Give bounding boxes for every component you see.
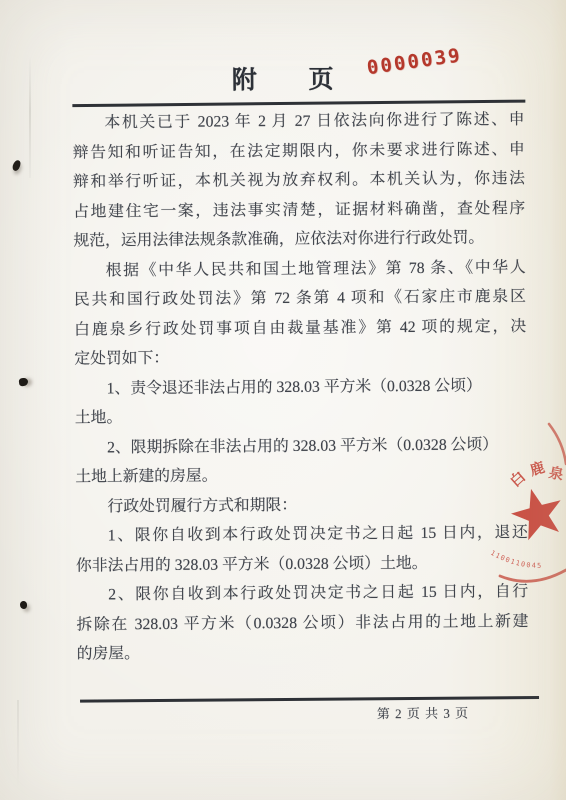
page-title: 附 页 <box>72 64 524 98</box>
footer-rule <box>80 696 539 702</box>
seal-ring-arc <box>500 570 566 581</box>
seal-ring-arc <box>549 424 566 464</box>
document-body: 本机关已于 2023 年 2 月 27 日依法向你进行了陈述、申 辩告知和听证告… <box>72 105 528 669</box>
scanned-document-page: 0000039 附 页 本机关已于 2023 年 2 月 27 日依法向你进行了… <box>0 0 566 800</box>
body-line: 民共和国行政处罚法》第 72 条第 4 项和《石家庄市鹿泉区 <box>74 282 526 315</box>
body-line: 1、限你自收到本行政处罚决定书之日起 15 日内，退还 <box>76 518 528 551</box>
seal-star-icon <box>511 489 561 540</box>
body-line: 定处罚如下： <box>74 341 526 374</box>
body-line: 土地。 <box>75 400 527 433</box>
seal-code-digits: 1100110045 <box>489 549 542 570</box>
body-line: 白鹿泉乡行政处罚事项自由裁量基准》第 42 项的规定，决 <box>74 312 526 345</box>
body-line: 土地上新建的房屋。 <box>75 459 527 492</box>
seal-arc-char: 白 <box>506 467 529 490</box>
seal-arc-char: 泉 <box>547 463 565 484</box>
body-line: 规范，运用法律法规条款准确，应依法对你进行行政处罚。 <box>73 223 525 256</box>
body-line: 辩和举行听证，本机关视为放弃权利。本机关认为，你违法 <box>73 164 525 197</box>
page-number-label: 第 2 页 共 3 页 <box>2 703 469 726</box>
body-line: 的房屋。 <box>77 636 529 669</box>
body-line: 1、责令退还非法占用的 328.03 平方米（0.0328 公顷） <box>74 371 526 404</box>
body-line: 行政处罚履行方式和期限： <box>75 489 527 522</box>
document-sheet: 0000039 附 页 本机关已于 2023 年 2 月 27 日依法向你进行了… <box>0 0 566 800</box>
body-line: 占地建住宅一案，违法事实清楚，证据材料确凿，查处程序 <box>73 194 525 227</box>
body-line: 辩告知和听证告知，在法定期限内，你未要求进行陈述、申 <box>73 135 525 168</box>
body-line: 根据《中华人民共和国土地管理法》第 78 条、《中华人 <box>74 253 526 286</box>
body-line: 本机关已于 2023 年 2 月 27 日依法向你进行了陈述、申 <box>72 105 524 138</box>
body-line: 你非法占用的 328.03 平方米（0.0328 公顷）土地。 <box>76 548 528 581</box>
body-line: 拆除在 328.03 平方米（0.0328 公顷）非法占用的土地上新建 <box>76 607 528 640</box>
body-line: 2、限你自收到本行政处罚决定书之日起 15 日内，自行 <box>76 577 528 610</box>
seal-arc-char: 鹿 <box>528 458 547 479</box>
government-seal: 白 鹿 泉 1100110045 <box>470 416 566 612</box>
body-line: 2、限期拆除在非法占用的 328.03 平方米（0.0328 公顷） <box>75 430 527 463</box>
